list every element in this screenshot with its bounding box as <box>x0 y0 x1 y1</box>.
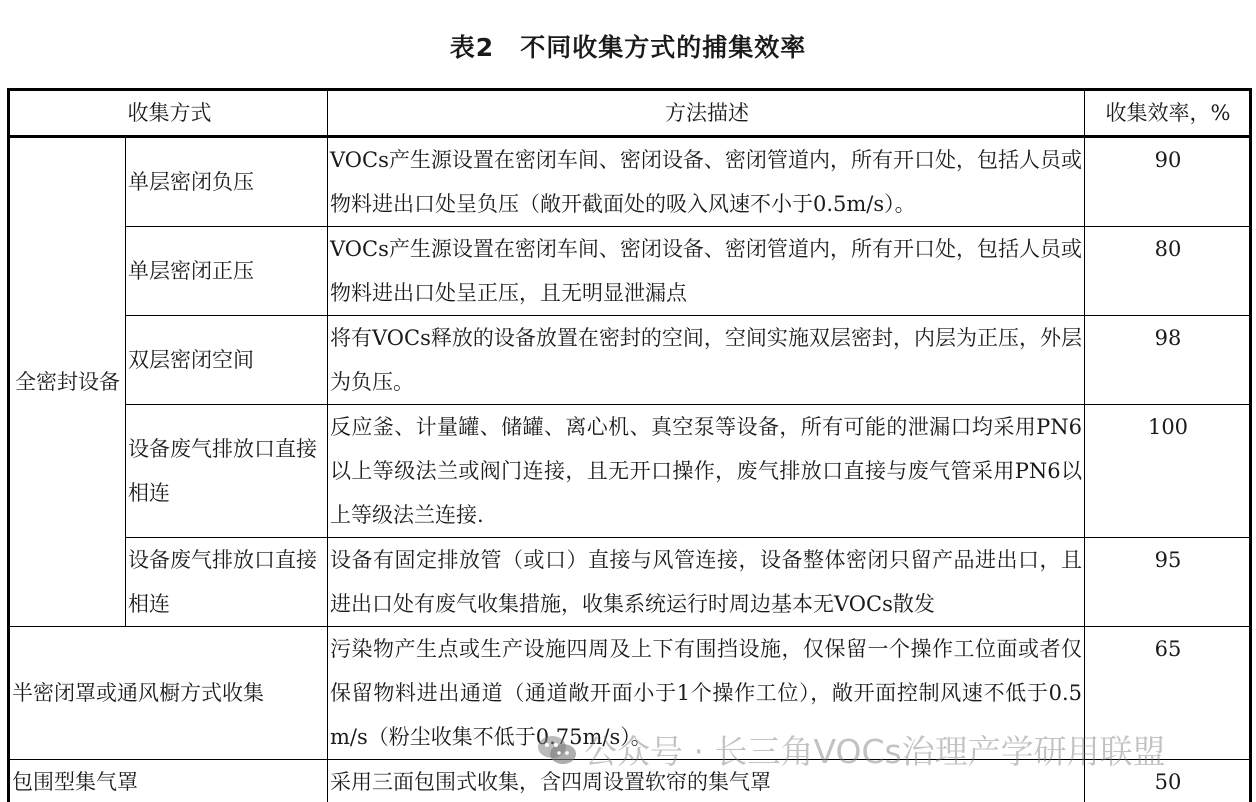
method-cell: 半密闭罩或通风橱方式收集 <box>9 627 328 760</box>
efficiency-cell: 98 <box>1085 316 1251 405</box>
method-cell: 单层密闭正压 <box>126 227 328 316</box>
efficiency-cell: 90 <box>1085 137 1251 227</box>
method-cell: 包围型集气罩 <box>9 760 328 802</box>
header-row: 收集方式 方法描述 收集效率，% <box>9 90 1251 137</box>
efficiency-cell: 95 <box>1085 538 1251 627</box>
description-cell: 反应釜、计量罐、储罐、离心机、真空泵等设备，所有可能的泄漏口均采用PN6以上等级… <box>328 405 1085 538</box>
efficiency-cell: 100 <box>1085 405 1251 538</box>
wechat-icon <box>536 733 578 767</box>
watermark-text: 公众号 · 长三角VOCs治理产学研用联盟 <box>584 732 1166 771</box>
watermark: 公众号 · 长三角VOCs治理产学研用联盟 <box>536 726 1166 773</box>
description-cell: VOCs产生源设置在密闭车间、密闭设备、密闭管道内，所有开口处，包括人员或物料进… <box>328 227 1085 316</box>
table-title: 表2 不同收集方式的捕集效率 <box>0 28 1256 64</box>
efficiency-cell: 80 <box>1085 227 1251 316</box>
table-row: 设备废气排放口直接相连 反应釜、计量罐、储罐、离心机、真空泵等设备，所有可能的泄… <box>9 405 1251 538</box>
table-row: 单层密闭正压 VOCs产生源设置在密闭车间、密闭设备、密闭管道内，所有开口处，包… <box>9 227 1251 316</box>
group-fully-sealed: 全密封设备 <box>9 137 126 627</box>
method-cell: 双层密闭空间 <box>126 316 328 405</box>
description-cell: VOCs产生源设置在密闭车间、密闭设备、密闭管道内，所有开口处，包括人员或物料进… <box>328 137 1085 227</box>
method-cell: 设备废气排放口直接相连 <box>126 405 328 538</box>
collection-efficiency-table: 收集方式 方法描述 收集效率，% 全密封设备 单层密闭负压 VOCs产生源设置在… <box>7 88 1252 802</box>
table-row: 全密封设备 单层密闭负压 VOCs产生源设置在密闭车间、密闭设备、密闭管道内，所… <box>9 137 1251 227</box>
header-efficiency: 收集效率，% <box>1085 90 1251 137</box>
method-cell: 单层密闭负压 <box>126 137 328 227</box>
description-cell: 将有VOCs释放的设备放置在密封的空间，空间实施双层密封，内层为正压，外层为负压… <box>328 316 1085 405</box>
header-method: 收集方式 <box>9 90 328 137</box>
method-cell: 设备废气排放口直接相连 <box>126 538 328 627</box>
table-row: 设备废气排放口直接相连 设备有固定排放管（或口）直接与风管连接，设备整体密闭只留… <box>9 538 1251 627</box>
table-row: 双层密闭空间 将有VOCs释放的设备放置在密封的空间，空间实施双层密封，内层为正… <box>9 316 1251 405</box>
description-cell: 设备有固定排放管（或口）直接与风管连接，设备整体密闭只留产品进出口，且进出口处有… <box>328 538 1085 627</box>
header-description: 方法描述 <box>328 90 1085 137</box>
